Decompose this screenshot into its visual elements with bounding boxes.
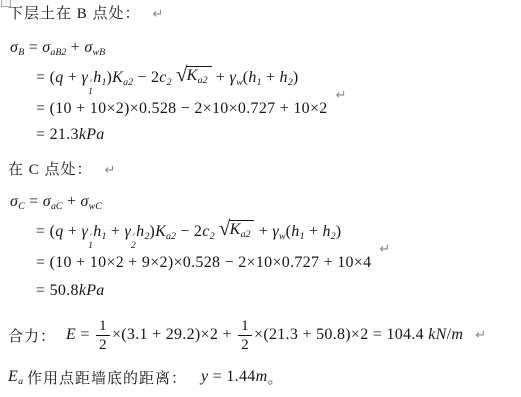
equation-result-c: = 50.8kPa bbox=[8, 279, 521, 303]
paragraph-mark-icon: ↵ bbox=[153, 6, 164, 24]
final-equation: y = 1.44m bbox=[201, 368, 267, 386]
paragraph-mark-icon: ↵ bbox=[105, 162, 116, 180]
resultant-label: 合力： bbox=[8, 325, 56, 346]
equation-sigma-b: σB = σaB2 + σwB bbox=[8, 37, 521, 59]
equation-formula-b: = (q + γ′1h1)Ka2 − 2c2 √Ka2 + γw(h1 + h2… bbox=[8, 61, 521, 95]
equation-numeric-c: = (10 + 10×2 + 9×2)×0.528 − 2×10×0.727 +… bbox=[8, 251, 521, 275]
equation-numeric-b-text: = (10 + 10×2)×0.528 − 2×10×0.727 + 10×2 bbox=[36, 100, 328, 117]
equation-sigma-c-text: σC = σaC + σwC bbox=[10, 193, 102, 210]
object-anchor-box bbox=[1, 0, 11, 7]
equation-formula-c: = (q + γ′1h1 + γ′2h2)Ka2 − 2c2 √Ka2 + γw… bbox=[8, 215, 521, 249]
paragraph-mark-icon: ↵ bbox=[379, 238, 390, 262]
equation-sigma-b-text: σB = σaB2 + σwB bbox=[10, 39, 105, 56]
final-label: 作用点距墙底的距离： bbox=[27, 367, 187, 388]
final-line: Ea 作用点距墙底的距离： y = 1.44m 。 bbox=[8, 365, 521, 389]
final-period: 。 bbox=[267, 367, 283, 388]
heading-point-b-text: 下层土在 B 点处： bbox=[8, 6, 141, 22]
final-symbol: Ea bbox=[8, 368, 23, 387]
document-page: 下层土在 B 点处：↵ σB = σaB2 + σwB = (q + γ′1h1… bbox=[0, 0, 521, 397]
equation-formula-b-text: = (q + γ′1h1)Ka2 − 2c2 √Ka2 + γw(h1 + h2… bbox=[36, 69, 298, 86]
heading-point-c-text: 在 C 点处： bbox=[8, 162, 93, 178]
paragraph-mark-icon: ↵ bbox=[336, 84, 347, 108]
heading-point-c: 在 C 点处：↵ bbox=[8, 161, 521, 179]
resultant-equation: E = 12×(3.1 + 29.2)×2 + 12×(21.3 + 50.8)… bbox=[66, 318, 463, 353]
equation-formula-c-text: = (q + γ′1h1 + γ′2h2)Ka2 − 2c2 √Ka2 + γw… bbox=[36, 223, 341, 240]
equation-sigma-c: σC = σaC + σwC bbox=[8, 191, 521, 213]
resultant-line: 合力： E = 12×(3.1 + 29.2)×2 + 12×(21.3 + 5… bbox=[8, 313, 521, 357]
equation-numeric-b: = (10 + 10×2)×0.528 − 2×10×0.727 + 10×2↵ bbox=[8, 97, 521, 121]
paragraph-mark-icon: ↵ bbox=[475, 328, 486, 343]
equation-result-c-text: = 50.8kPa bbox=[36, 282, 105, 299]
equation-result-b: = 21.3kPa bbox=[8, 123, 521, 147]
equation-result-b-text: = 21.3kPa bbox=[36, 126, 105, 143]
equation-numeric-c-text: = (10 + 10×2 + 9×2)×0.528 − 2×10×0.727 +… bbox=[36, 254, 371, 271]
heading-point-b: 下层土在 B 点处：↵ bbox=[8, 5, 521, 23]
